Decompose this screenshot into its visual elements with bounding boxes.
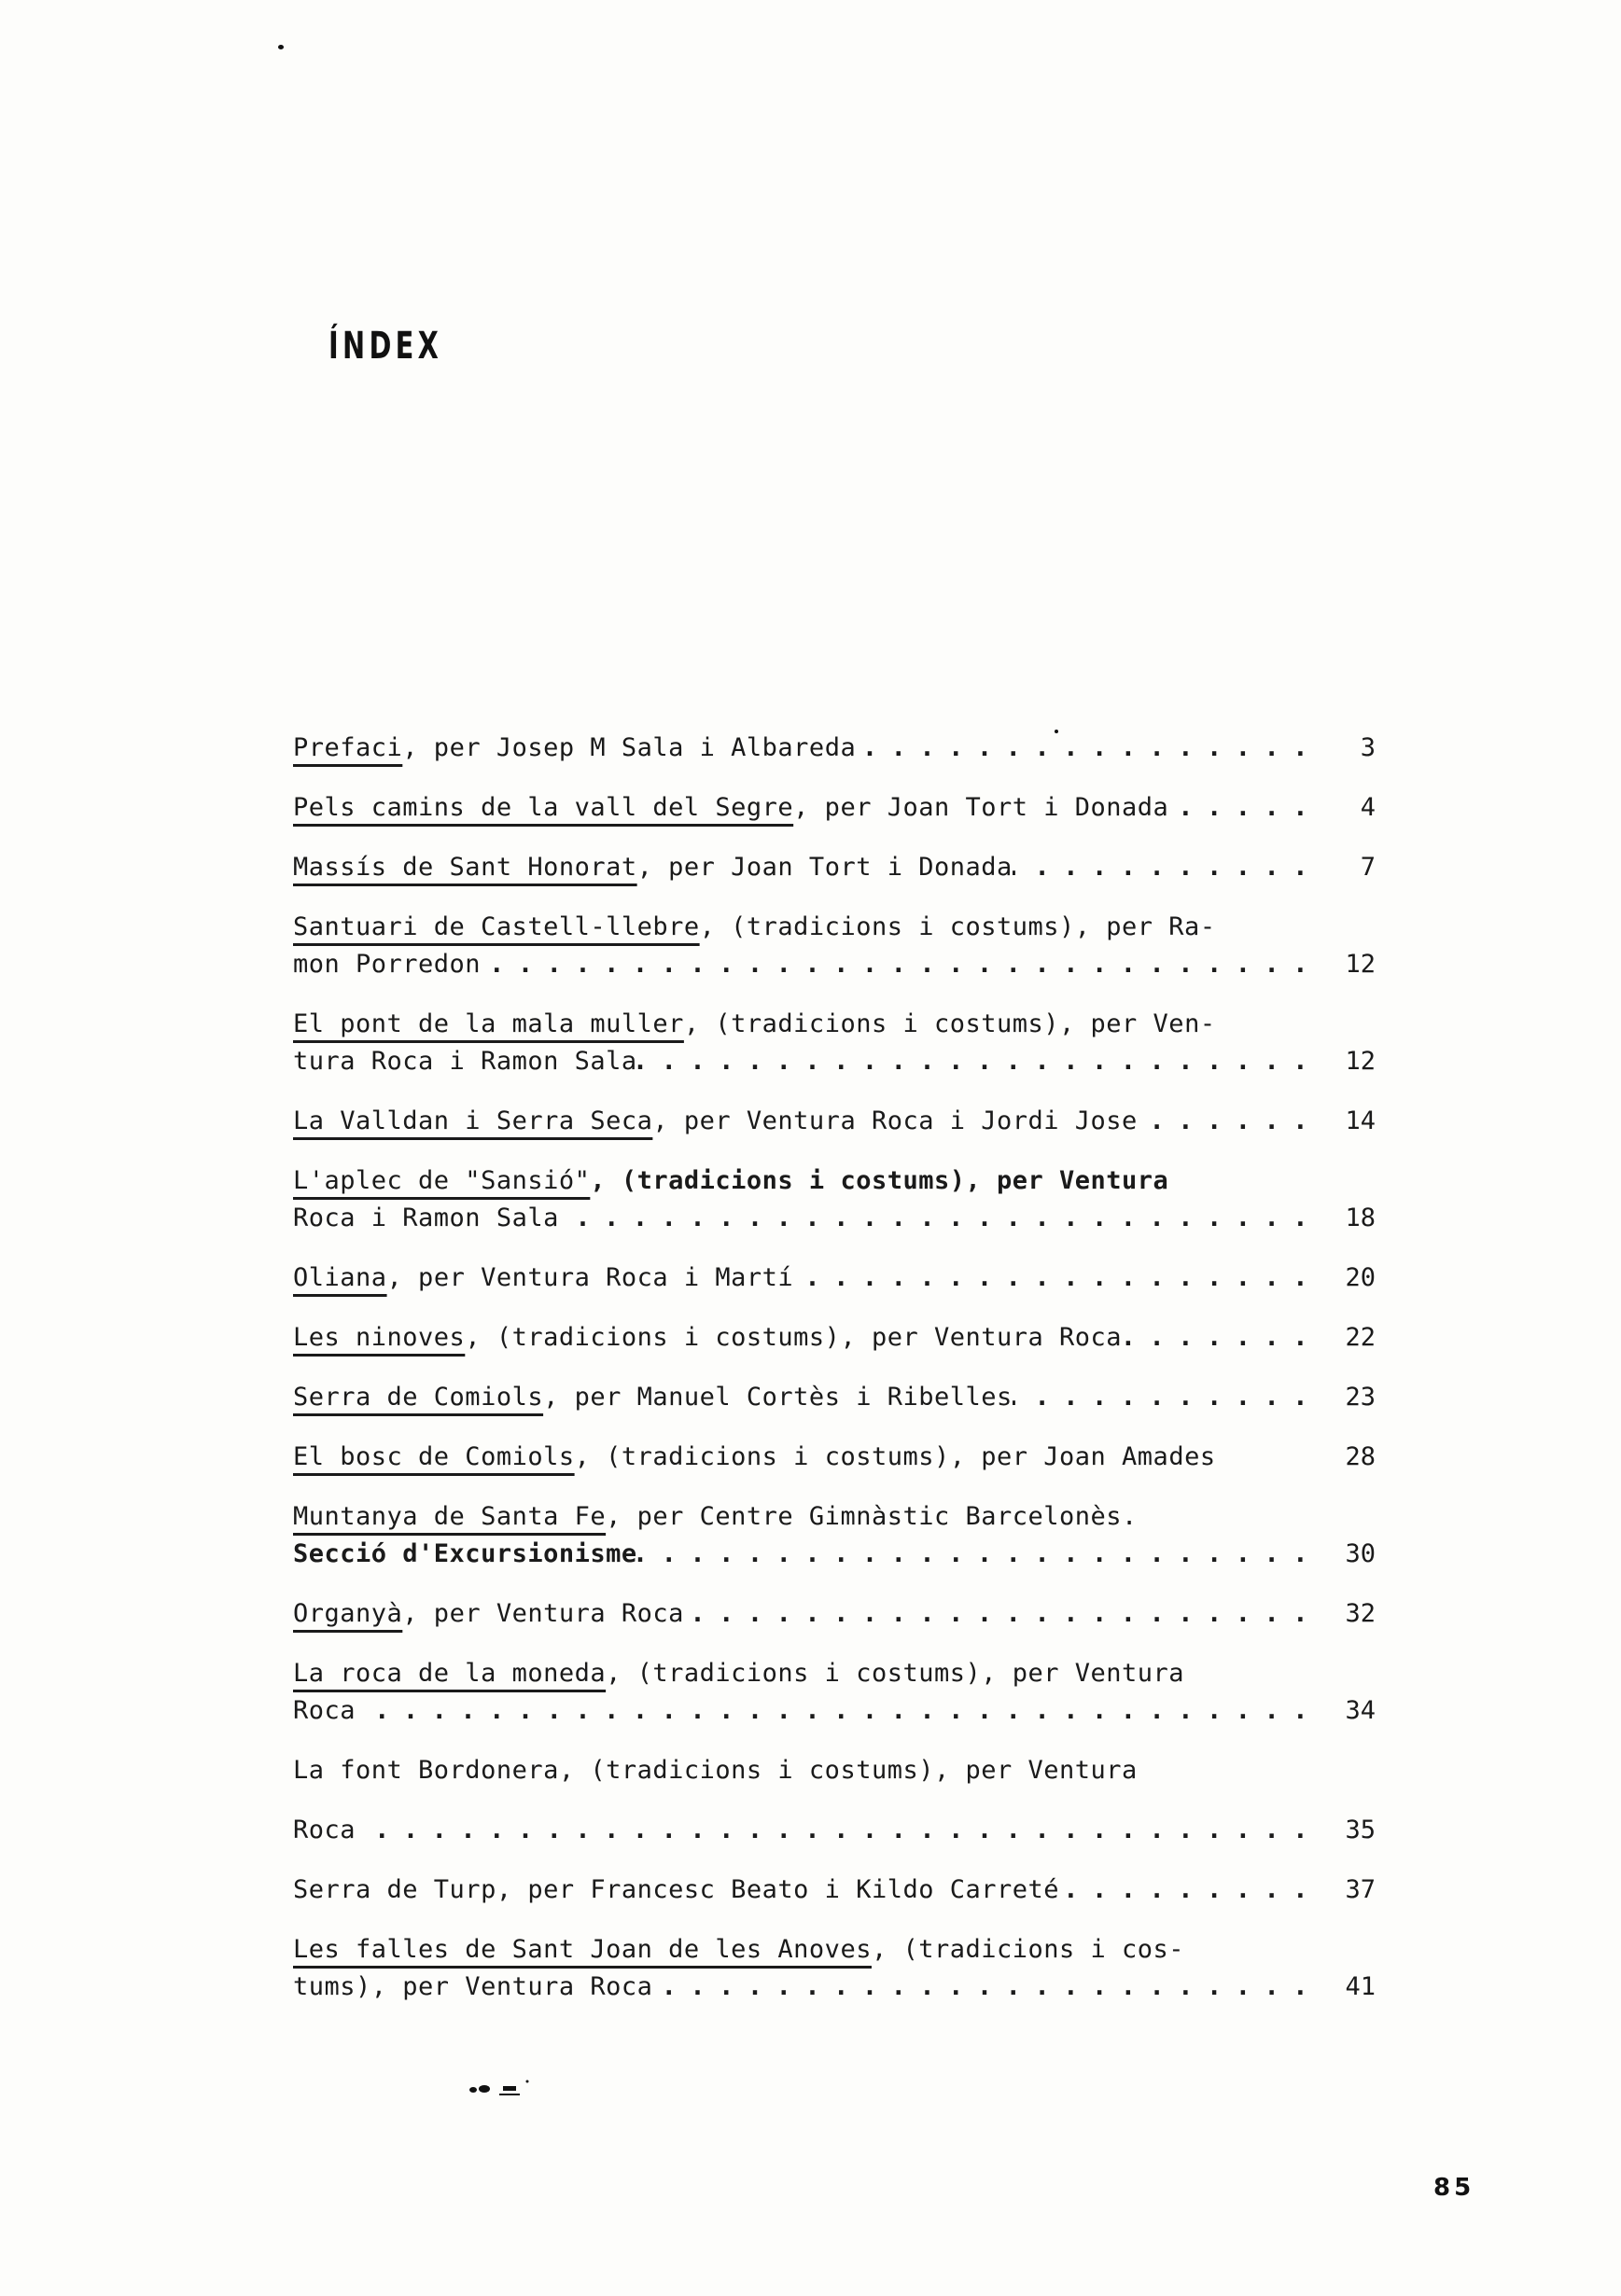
toc-line: L'aplec de "Sansió", (tradicions i costu…: [293, 1166, 1376, 1204]
toc-entry: Prefaci, per Josep M Sala i Albareda....…: [293, 733, 1376, 771]
toc-line: Pels camins de la vall del Segre, per Jo…: [293, 793, 1376, 830]
toc-line: Roca i Ramon Sala.......................…: [293, 1204, 1376, 1241]
page-number: 85: [1433, 2174, 1474, 2202]
entry-text: tums), per Ventura Roca: [293, 1972, 652, 2001]
entry-text: L'aplec de "Sansió", (tradicions i costu…: [293, 1166, 1168, 1195]
entry-text: Pels camins de la vall del Segre, per Jo…: [293, 793, 1168, 822]
entry-title: El bosc de Comiols: [293, 1442, 575, 1471]
entry-page-number: 30: [1321, 1539, 1376, 1568]
entry-author: , per Ventura Roca i Martí: [387, 1263, 794, 1292]
entry-page-number: 3: [1321, 733, 1376, 762]
entry-author: tura Roca i Ramon Sala: [293, 1047, 637, 1076]
entry-author: , per Joan Tort i Donada: [637, 853, 1013, 882]
entry-author: La font Bordonera, (tradicions i costums…: [293, 1756, 1138, 1785]
entry-text: Roca: [293, 1816, 356, 1844]
toc-line: Les falles de Sant Joan de les Anoves, (…: [293, 1935, 1376, 1972]
entry-text: Secció d'Excursionisme: [293, 1539, 637, 1568]
entry-title: Pels camins de la vall del Segre: [293, 793, 793, 822]
entry-title: La Valldan i Serra Seca: [293, 1106, 652, 1135]
entry-author: , (tradicions i cos-: [872, 1935, 1184, 1964]
entry-text: Roca i Ramon Sala: [293, 1204, 559, 1232]
dot-leader: ........................................…: [1059, 1875, 1321, 1904]
entry-text: La roca de la moneda, (tradicions i cost…: [293, 1659, 1184, 1688]
dot-leader: ........................................…: [1138, 1106, 1321, 1135]
toc-line: El pont de la mala muller, (tradicions i…: [293, 1009, 1376, 1047]
dot-leader: ........................................…: [637, 1047, 1321, 1076]
table-of-contents: Prefaci, per Josep M Sala i Albareda....…: [293, 733, 1376, 2032]
toc-entry: Pels camins de la vall del Segre, per Jo…: [293, 793, 1376, 830]
entry-page-number: 18: [1321, 1204, 1376, 1232]
toc-line: La roca de la moneda, (tradicions i cost…: [293, 1659, 1376, 1696]
toc-entry: Massís de Sant Honorat, per Joan Tort i …: [293, 853, 1376, 890]
toc-entry: El pont de la mala muller, (tradicions i…: [293, 1009, 1376, 1084]
entry-author: , per Centre Gimnàstic Barcelonès.: [606, 1502, 1138, 1531]
toc-entry: La font Bordonera, (tradicions i costums…: [293, 1756, 1376, 1853]
entry-page-number: 34: [1321, 1696, 1376, 1725]
toc-entry: Les ninoves, (tradicions i costums), per…: [293, 1323, 1376, 1360]
entry-text: tura Roca i Ramon Sala: [293, 1047, 637, 1076]
entry-page-number: 23: [1321, 1383, 1376, 1412]
entry-page-number: 7: [1321, 853, 1376, 882]
entry-text: Santuari de Castell-llebre, (tradicions …: [293, 912, 1216, 941]
entry-title: Prefaci: [293, 733, 402, 762]
toc-line: Organyà, per Ventura Roca...............…: [293, 1599, 1376, 1636]
entry-author: , (tradicions i costums), per Ventura: [606, 1659, 1184, 1688]
entry-author: Roca: [293, 1816, 356, 1844]
entry-title: Les ninoves: [293, 1323, 465, 1352]
entry-text: El bosc de Comiols, (tradicions i costum…: [293, 1442, 1216, 1471]
dot-leader: ........................................…: [856, 733, 1321, 762]
entry-author: , per Josep M Sala i Albareda: [402, 733, 856, 762]
toc-entry: El bosc de Comiols, (tradicions i costum…: [293, 1442, 1376, 1480]
toc-line: tums), per Ventura Roca.................…: [293, 1972, 1376, 2010]
toc-entry: Serra de Comiols, per Manuel Cortès i Ri…: [293, 1383, 1376, 1420]
toc-entry: La roca de la moneda, (tradicions i cost…: [293, 1659, 1376, 1733]
entry-page-number: 20: [1321, 1263, 1376, 1292]
entry-page-number: 22: [1321, 1323, 1376, 1352]
toc-line: Oliana, per Ventura Roca i Martí........…: [293, 1263, 1376, 1301]
entry-author: , per Manuel Cortès i Ribelles: [543, 1383, 1013, 1412]
entry-author: , (tradicions i costums), per Ventura: [590, 1166, 1168, 1195]
toc-entry: L'aplec de "Sansió", (tradicions i costu…: [293, 1166, 1376, 1241]
dot-leader: ........................................…: [481, 950, 1321, 979]
entry-text: Organyà, per Ventura Roca: [293, 1599, 684, 1628]
entry-author: , per Joan Tort i Donada: [793, 793, 1168, 822]
entry-page-number: 4: [1321, 793, 1376, 822]
entry-author: , (tradicions i costums), per Ven-: [684, 1009, 1216, 1038]
entry-author: , (tradicions i costums), per Ventura Ro…: [465, 1323, 1122, 1352]
toc-line: El bosc de Comiols, (tradicions i costum…: [293, 1442, 1376, 1480]
dot-leader: ........................................…: [1013, 1383, 1321, 1412]
entry-page-number: 35: [1321, 1816, 1376, 1844]
toc-entry: Les falles de Sant Joan de les Anoves, (…: [293, 1935, 1376, 2010]
entry-page-number: 37: [1321, 1875, 1376, 1904]
entry-author: , per Ventura Roca i Jordi Jose: [652, 1106, 1137, 1135]
entry-author: mon Porredon: [293, 950, 481, 979]
entry-text: Prefaci, per Josep M Sala i Albareda: [293, 733, 856, 762]
toc-line: Massís de Sant Honorat, per Joan Tort i …: [293, 853, 1376, 890]
dot-leader: ........................................…: [356, 1816, 1321, 1844]
dot-leader: ........................................…: [652, 1972, 1321, 2001]
dot-leader: ........................................…: [793, 1263, 1321, 1292]
entry-text: mon Porredon: [293, 950, 481, 979]
entry-author: Roca: [293, 1696, 356, 1725]
entry-title: El pont de la mala muller: [293, 1009, 684, 1038]
toc-line: La font Bordonera, (tradicions i costums…: [293, 1756, 1376, 1793]
toc-entry: La Valldan i Serra Seca, per Ventura Roc…: [293, 1106, 1376, 1144]
toc-entry: Serra de Turp, per Francesc Beato i Kild…: [293, 1875, 1376, 1913]
dot-leader: ........................................…: [684, 1599, 1321, 1628]
toc-line: Roca....................................…: [293, 1696, 1376, 1733]
entry-text: Serra de Turp, per Francesc Beato i Kild…: [293, 1875, 1059, 1904]
entry-text: Les ninoves, (tradicions i costums), per…: [293, 1323, 1122, 1352]
dot-leader: ........................................…: [356, 1696, 1321, 1725]
toc-line: mon Porredon............................…: [293, 950, 1376, 987]
entry-title: Les falles de Sant Joan de les Anoves: [293, 1935, 872, 1964]
dot-leader: ........................................…: [1013, 853, 1321, 882]
entry-author: Roca i Ramon Sala: [293, 1204, 559, 1232]
entry-text: Roca: [293, 1696, 356, 1725]
entry-page-number: 41: [1321, 1972, 1376, 2001]
entry-text: La font Bordonera, (tradicions i costums…: [293, 1756, 1138, 1785]
entry-page-number: 14: [1321, 1106, 1376, 1135]
dot-leader: ........................................…: [637, 1539, 1321, 1568]
toc-line: Les ninoves, (tradicions i costums), per…: [293, 1323, 1376, 1360]
toc-line: Serra de Comiols, per Manuel Cortès i Ri…: [293, 1383, 1376, 1420]
toc-line: Serra de Turp, per Francesc Beato i Kild…: [293, 1875, 1376, 1913]
entry-page-number: 12: [1321, 1047, 1376, 1076]
toc-line: Santuari de Castell-llebre, (tradicions …: [293, 912, 1376, 950]
toc-line: Secció d'Excursionisme..................…: [293, 1539, 1376, 1577]
toc-line: Muntanya de Santa Fe, per Centre Gimnàst…: [293, 1502, 1376, 1539]
entry-text: Muntanya de Santa Fe, per Centre Gimnàst…: [293, 1502, 1138, 1531]
dot-leader: ........................................…: [1168, 793, 1321, 822]
entry-title: L'aplec de "Sansió": [293, 1166, 590, 1195]
toc-line: Prefaci, per Josep M Sala i Albareda....…: [293, 733, 1376, 771]
entry-author: Serra de Turp, per Francesc Beato i Kild…: [293, 1875, 1059, 1904]
entry-page-number: 32: [1321, 1599, 1376, 1628]
entry-title: Oliana: [293, 1263, 387, 1292]
toc-line: tura Roca i Ramon Sala..................…: [293, 1047, 1376, 1084]
scan-speck: [278, 45, 284, 49]
entry-page-number: 12: [1321, 950, 1376, 979]
toc-line: La Valldan i Serra Seca, per Ventura Roc…: [293, 1106, 1376, 1144]
toc-line: Roca....................................…: [293, 1816, 1376, 1853]
entry-title: Organyà: [293, 1599, 402, 1628]
entry-author: , (tradicions i costums), per Joan Amade…: [575, 1442, 1216, 1471]
entry-author: Secció d'Excursionisme: [293, 1539, 637, 1568]
entry-title: Santuari de Castell-llebre: [293, 912, 700, 941]
entry-author: tums), per Ventura Roca: [293, 1972, 652, 2001]
toc-entry: Organyà, per Ventura Roca...............…: [293, 1599, 1376, 1636]
entry-text: Oliana, per Ventura Roca i Martí: [293, 1263, 793, 1292]
toc-entry: Oliana, per Ventura Roca i Martí........…: [293, 1263, 1376, 1301]
scan-smudge: [462, 2079, 537, 2099]
entry-text: Serra de Comiols, per Manuel Cortès i Ri…: [293, 1383, 1013, 1412]
entry-title: Serra de Comiols: [293, 1383, 543, 1412]
entry-title: La roca de la moneda: [293, 1659, 606, 1688]
entry-text: La Valldan i Serra Seca, per Ventura Roc…: [293, 1106, 1138, 1135]
entry-title: Massís de Sant Honorat: [293, 853, 637, 882]
toc-entry: Santuari de Castell-llebre, (tradicions …: [293, 912, 1376, 987]
entry-title: Muntanya de Santa Fe: [293, 1502, 606, 1531]
entry-text: El pont de la mala muller, (tradicions i…: [293, 1009, 1216, 1038]
page-title: ÍNDEX: [328, 325, 442, 368]
entry-author: , per Ventura Roca: [402, 1599, 684, 1628]
entry-author: , (tradicions i costums), per Ra-: [700, 912, 1216, 941]
entry-page-number: 28: [1321, 1442, 1376, 1471]
dot-leader: ........................................…: [559, 1204, 1321, 1232]
entry-text: Les falles de Sant Joan de les Anoves, (…: [293, 1935, 1184, 1964]
entry-text: Massís de Sant Honorat, per Joan Tort i …: [293, 853, 1013, 882]
toc-entry: Muntanya de Santa Fe, per Centre Gimnàst…: [293, 1502, 1376, 1577]
dot-leader: ........................................…: [1122, 1323, 1321, 1352]
